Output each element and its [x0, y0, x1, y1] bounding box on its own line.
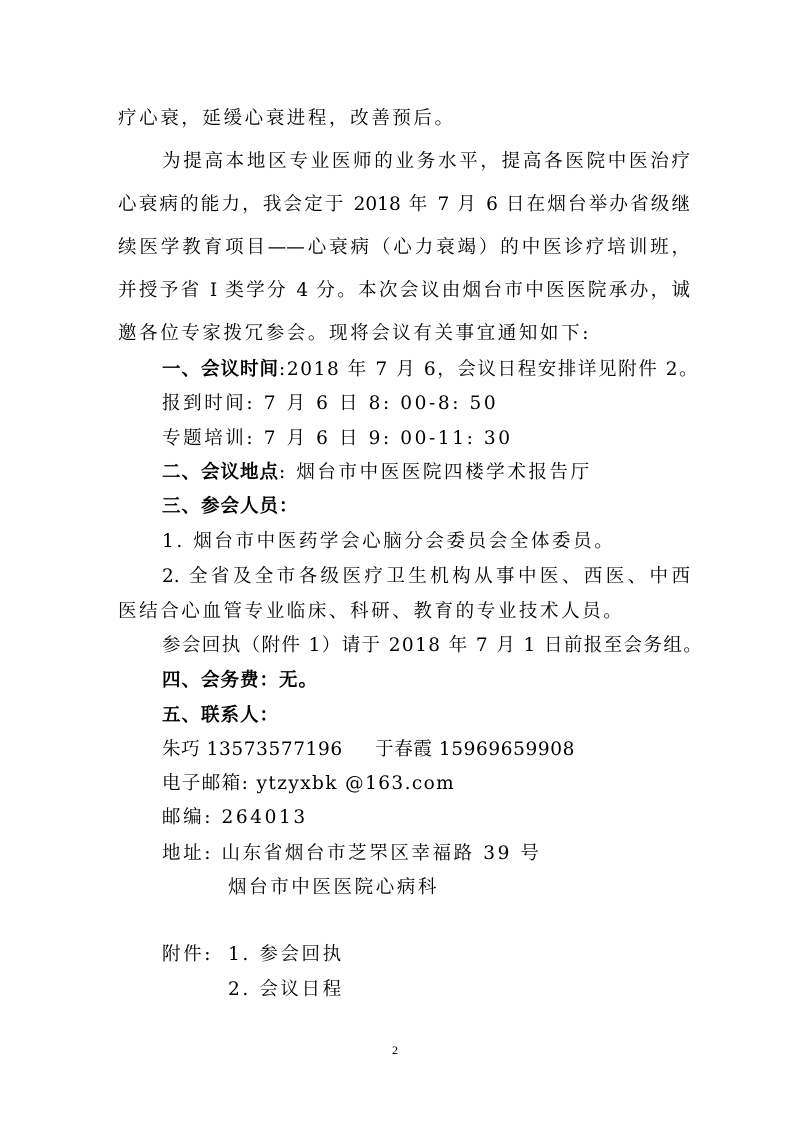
body-line: 并授予省 I 类学分 4 分。本次会议由烟台市中医医院承办，诚: [118, 279, 690, 303]
receipt-note: 参会回执（附件 1）请于 2018 年 7 月 1 日前报至会务组。: [162, 634, 690, 658]
section-meeting-location: 二、会议地点: 烟台市中医医院四楼学术报告厅: [162, 461, 690, 485]
attachment-item: 2. 会议日程: [228, 978, 794, 1002]
section-meeting-time: 一、会议时间:2018 年 7 月 6，会议日程安排详见附件 2。: [162, 358, 690, 382]
section-text: : 烟台市中医医院四楼学术报告厅: [279, 462, 592, 483]
attachment-item: 1. 参会回执: [228, 943, 794, 967]
contact-names-phones: 朱巧 13573577196 于春霞 15969659908: [162, 738, 690, 762]
attendee-item: 1. 烟台市中医药学会心脑分会委员会全体委员。: [162, 530, 690, 554]
body-line: 心衰病的能力，我会定于 2018 年 7 月 6 日在烟台举办省级继: [118, 193, 690, 217]
registration-time: 报到时间: 7 月 6 日 8: 00-8: 50: [162, 392, 690, 416]
section-text: :2018 年 7 月 6，会议日程安排详见附件 2。: [279, 359, 699, 380]
document-page: 疗心衰，延缓心衰进程，改善预后。 为提高本地区专业医师的业务水平，提高各医院中医…: [0, 0, 794, 1123]
body-line: 邀各位专家拨冗参会。现将会议有关事宜通知如下:: [118, 322, 690, 346]
body-line: 为提高本地区专业医师的业务水平，提高各医院中医治疗: [162, 150, 690, 174]
address-line-2: 烟台市中医医院心病科: [228, 876, 794, 900]
section-contacts-heading: 五、联系人：: [162, 704, 690, 728]
attendee-item-cont: 医结合心血管专业临床、科研、教育的专业技术人员。: [118, 600, 690, 624]
contact-email: 电子邮箱: ytzyxbk @163.com: [162, 772, 690, 796]
postcode: 邮编: 264013: [162, 806, 690, 830]
attachments-label: 附件:: [162, 944, 213, 965]
section-heading: 二、会议地点: [162, 462, 279, 483]
training-time: 专题培训: 7 月 6 日 9: 00-11: 30: [162, 427, 690, 451]
section-fee: 四、会务费：无。: [162, 669, 690, 693]
section-attendees-heading: 三、参会人员：: [162, 495, 690, 519]
address-line-1: 地址: 山东省烟台市芝罘区幸福路 39 号: [162, 842, 690, 866]
attendee-item: 2. 全省及全市各级医疗卫生机构从事中医、西医、中西: [162, 565, 690, 589]
body-line: 疗心衰，延缓心衰进程，改善预后。: [118, 107, 690, 131]
body-line: 续医学教育项目——心衰病（心力衰竭）的中医诊疗培训班，: [118, 236, 690, 260]
section-heading: 一、会议时间: [162, 359, 279, 380]
page-number: 2: [392, 1043, 398, 1058]
